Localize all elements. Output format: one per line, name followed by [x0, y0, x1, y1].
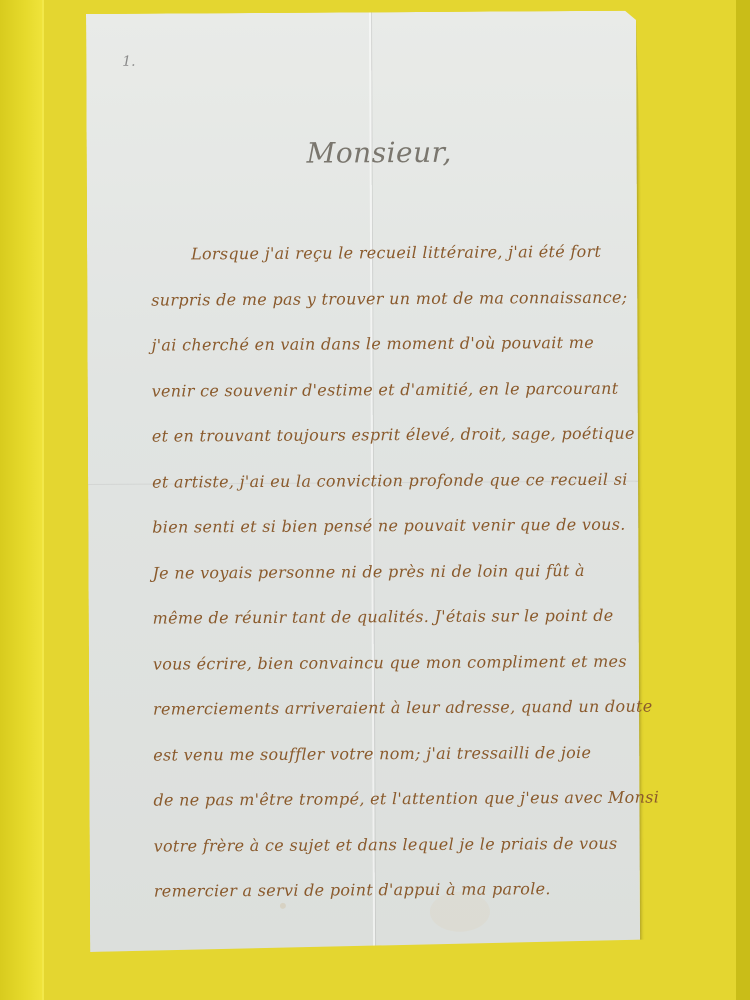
background-edge-right	[736, 0, 750, 1000]
letter-sheet: 1. Monsieur, Lorsque j'ai reçu le recuei…	[86, 11, 640, 952]
text-line: est venu me souffler votre nom; j'ai tre…	[153, 729, 653, 778]
text-line: Lorsque j'ai reçu le recueil littéraire,…	[151, 229, 651, 278]
text-line: Je ne voyais personne ni de près ni de l…	[152, 547, 652, 596]
text-line: venir ce souvenir d'estime et d'amitié, …	[152, 365, 652, 414]
text-line: et artiste, j'ai eu la conviction profon…	[152, 456, 652, 505]
text-line: remerciements arriveraient à leur adress…	[153, 684, 653, 733]
text-line: bien senti et si bien pensé ne pouvait v…	[152, 502, 652, 551]
text-line: votre frère à ce sujet et dans lequel je…	[154, 820, 654, 869]
text-line: vous écrire, bien convaincu que mon comp…	[153, 638, 653, 687]
text-line: surpris de me pas y trouver un mot de ma…	[151, 274, 651, 323]
salutation: Monsieur,	[307, 136, 452, 170]
text-line: de ne pas m'être trompé, et l'attention …	[153, 775, 653, 824]
text-line: et en trouvant toujours esprit élevé, dr…	[152, 411, 652, 460]
page-number: 1.	[122, 54, 135, 70]
letter-body: Lorsque j'ai reçu le recueil littéraire,…	[151, 229, 654, 915]
text-line: j'ai cherché en vain dans le moment d'où…	[151, 320, 651, 369]
background-fold-left	[0, 0, 44, 1000]
text-line: remercier a servi de point d'appui à ma …	[154, 866, 654, 915]
text-line: même de réunir tant de qualités. J'étais…	[153, 593, 653, 642]
